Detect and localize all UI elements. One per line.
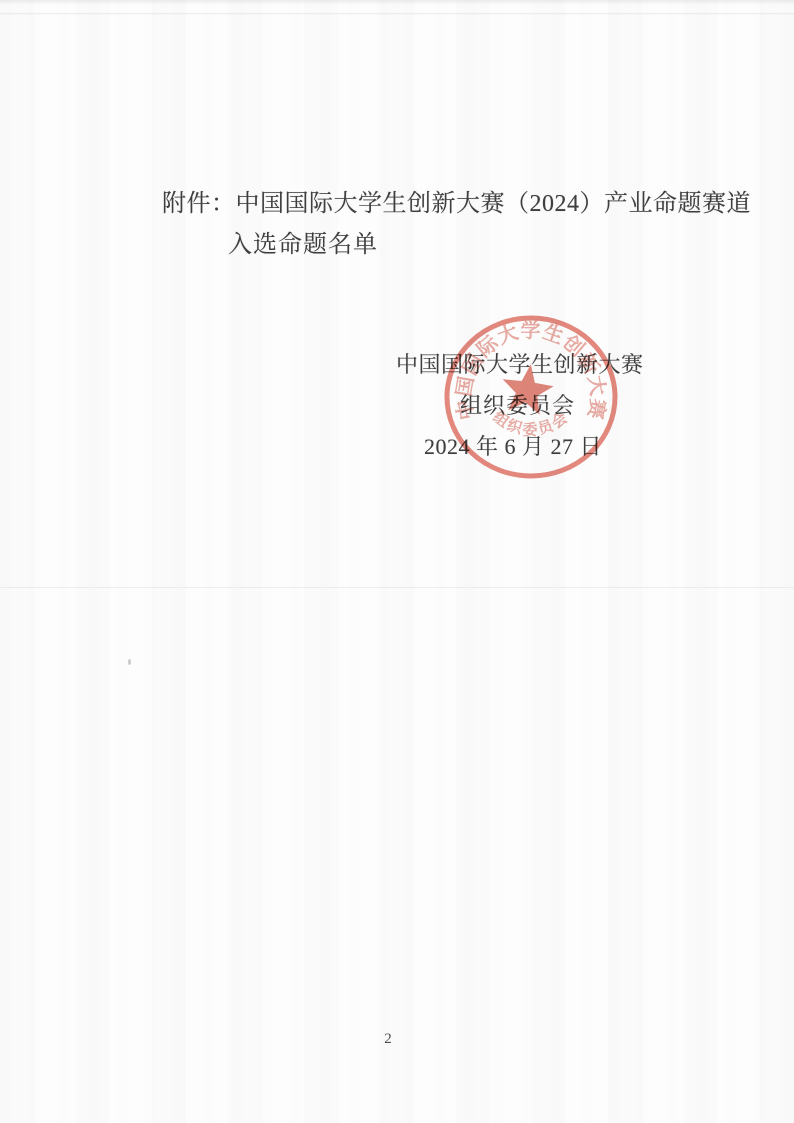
signature-date: 2024 年 6 月 27 日	[424, 430, 602, 461]
page-number: 2	[381, 1031, 395, 1048]
signature-organization-name: 中国国际大学生创新大赛	[396, 348, 644, 379]
scan-artifact-fold-line	[0, 587, 794, 588]
signature-committee-name: 组织委员会	[460, 389, 575, 420]
scan-artifact-line-top	[0, 13, 794, 15]
scanned-document-page: 附件：中国国际大学生创新大赛（2024）产业命题赛道 入选命题名单 中国国际大学…	[0, 0, 794, 1123]
scan-artifact-speck	[128, 659, 131, 665]
attachment-title-line1: 附件：中国国际大学生创新大赛（2024）产业命题赛道	[162, 183, 751, 218]
attachment-title-line2: 入选命题名单	[228, 224, 378, 259]
scan-artifact-smudge-top	[0, 0, 794, 5]
